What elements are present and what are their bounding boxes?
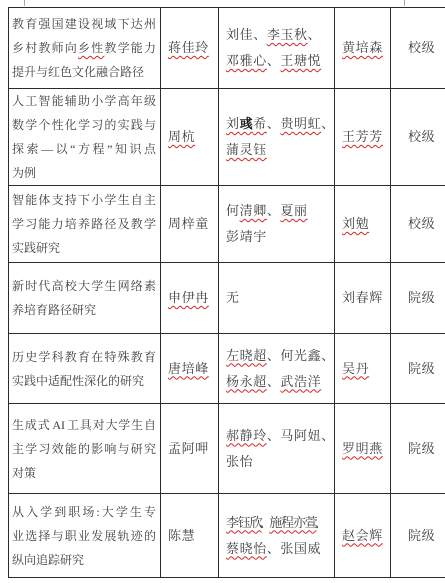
text-run: 历史学科教育在特殊教育 bbox=[12, 350, 156, 364]
text-run: 教学能力 bbox=[104, 41, 156, 55]
text-run: 刘春辉 bbox=[342, 290, 383, 305]
text-run: 教育强国建设视域下达州 bbox=[12, 17, 156, 31]
advisor-cell: 刘春辉 bbox=[335, 263, 391, 334]
text-run: 学习能力培养路径及教学 bbox=[12, 217, 156, 231]
text-line: 申伊冉 bbox=[168, 285, 218, 311]
text-line: 探索—以“方程”知识点 bbox=[12, 137, 156, 161]
text-line: 对策 bbox=[12, 461, 156, 485]
text-run: 、 bbox=[267, 541, 281, 556]
advisor-cell: 罗明燕 bbox=[335, 404, 391, 494]
members-cell: 无 bbox=[219, 263, 335, 334]
table-row: 生成式 AI 工具对大学生自主学习效能的影响与研究对策孟阿呷郝静玲、马阿妞、张怡… bbox=[9, 404, 445, 494]
text-run: 何 bbox=[226, 203, 240, 218]
misspelled-text: 贵明虹 bbox=[280, 116, 321, 131]
text-run: 、 bbox=[267, 428, 281, 443]
table-row: 教育强国建设视域下达州乡村教师向乡性教学能力提升与红色文化融合路径蒋佳玲刘佳、李… bbox=[9, 8, 445, 89]
text-run: 智能体支持下小学生自主 bbox=[12, 193, 156, 207]
misspelled-text: 刘勉 bbox=[342, 216, 369, 231]
text-line: 陈慧 bbox=[168, 523, 218, 549]
projects-table: 教育强国建设视域下达州乡村教师向乡性教学能力提升与红色文化融合路径蒋佳玲刘佳、李… bbox=[8, 7, 445, 578]
text-line: 刘春辉 bbox=[342, 285, 390, 311]
text-line: 赵会辉 bbox=[342, 523, 390, 549]
text-line: 蒋佳玲 bbox=[168, 35, 218, 61]
text-line: 学习能力培养路径及教学 bbox=[12, 212, 156, 236]
text-run: 刘佳 bbox=[226, 27, 253, 42]
misspelled-text: 王芳芳 bbox=[342, 129, 383, 144]
misspelled-text: 施程亦萱 bbox=[269, 515, 316, 530]
misspelled-text: 清卿 bbox=[240, 203, 267, 218]
advisor-cell: 黄培森 bbox=[335, 8, 391, 89]
misspelled-text: 左晓超 bbox=[226, 348, 267, 363]
text-run: 院级 bbox=[408, 290, 435, 305]
text-line: 院级 bbox=[408, 356, 445, 382]
text-line: 从入学到职场:大学生专 bbox=[12, 500, 156, 524]
text-line: 院级 bbox=[408, 285, 445, 311]
level-cell: 院级 bbox=[391, 334, 445, 404]
members-cell: 郝静玲、马阿妞、张怡 bbox=[219, 404, 335, 494]
misspelled-text: 罗明燕 bbox=[342, 441, 383, 456]
title-cell: 智能体支持下小学生自主学习能力培养路径及教学实践研究 bbox=[9, 186, 161, 263]
text-line: 李钰欣、施程亦萱、 bbox=[226, 510, 334, 536]
text-line: 校级 bbox=[408, 35, 445, 61]
text-run: 、 bbox=[267, 53, 281, 68]
text-run: 业选择与职业发展轨迹的 bbox=[12, 529, 156, 543]
text-run: 、 bbox=[267, 374, 281, 389]
text-line: 周杭 bbox=[168, 124, 218, 150]
text-line: 郝静玲、马阿妞、 bbox=[226, 423, 334, 449]
text-run: 对策 bbox=[12, 466, 36, 480]
misspelled-text: 乡性 bbox=[78, 41, 104, 55]
text-line: 业选择与职业发展轨迹的 bbox=[12, 524, 156, 548]
text-line: 主学习效能的影响与研究 bbox=[12, 437, 156, 461]
text-line: 刘佳、李玉秋、 bbox=[226, 22, 334, 48]
text-run: 、 bbox=[253, 27, 267, 42]
text-line: 刘彧希、贵明虹、 bbox=[226, 111, 334, 137]
text-run: 人工智能辅助小学高年级 bbox=[12, 94, 156, 108]
text-line: 周梓童 bbox=[168, 211, 218, 237]
text-line: 人工智能辅助小学高年级 bbox=[12, 89, 156, 113]
text-line: 孟阿呷 bbox=[168, 436, 218, 462]
members-cell: 刘佳、李玉秋、邓雅心、王瑭悦 bbox=[219, 8, 335, 89]
leader-cell: 唐培峰 bbox=[161, 334, 219, 404]
document-page: 教育强国建设视域下达州乡村教师向乡性教学能力提升与红色文化融合路径蒋佳玲刘佳、李… bbox=[0, 0, 445, 583]
text-run: 校级 bbox=[408, 216, 435, 231]
text-run: 周梓童 bbox=[168, 216, 209, 231]
text-run: 生成式 AI 工具对大学生自 bbox=[12, 418, 156, 432]
text-run: 、 bbox=[321, 116, 335, 131]
text-line: 新时代高校大学生网络素 bbox=[12, 274, 156, 298]
text-run: 院级 bbox=[408, 441, 435, 456]
level-cell: 院级 bbox=[391, 494, 445, 578]
text-run: 张怡 bbox=[226, 454, 253, 469]
misspelled-text: 武浩洋 bbox=[280, 374, 321, 389]
misspelled-text: 李玉秋 bbox=[267, 27, 308, 42]
text-run: 主学习效能的影响与研究 bbox=[12, 442, 156, 456]
misspelled-text: 周杭 bbox=[168, 129, 195, 144]
text-run: 张国威 bbox=[280, 541, 321, 556]
advisor-cell: 赵会辉 bbox=[335, 494, 391, 578]
misspelled-text: 刘 bbox=[226, 116, 240, 131]
level-cell: 校级 bbox=[391, 8, 445, 89]
misspelled-text: 蒲灵钰 bbox=[226, 142, 267, 157]
members-cell: 左晓超、何光鑫、杨永超、武浩洋 bbox=[219, 334, 335, 404]
text-run: 探索—以“方程”知识点 bbox=[12, 142, 156, 156]
members-cell: 李钰欣、施程亦萱、蔡晓怡、张国威 bbox=[219, 494, 335, 578]
text-run: 、 bbox=[308, 27, 322, 42]
text-line: 校级 bbox=[408, 211, 445, 237]
text-run: 纵向追踪研究 bbox=[12, 553, 84, 567]
title-cell: 历史学科教育在特殊教育实践中适配性深化的研究 bbox=[9, 334, 161, 404]
text-run: 从入学到职场:大学生专 bbox=[12, 505, 156, 519]
advisor-cell: 吴丹 bbox=[335, 334, 391, 404]
table-remnant-tick-left bbox=[24, 0, 25, 6]
table-row: 智能体支持下小学生自主学习能力培养路径及教学实践研究周梓童何清卿、夏丽彭靖宇刘勉… bbox=[9, 186, 445, 263]
title-cell: 从入学到职场:大学生专业选择与职业发展轨迹的纵向追踪研究 bbox=[9, 494, 161, 578]
text-line: 实践中适配性深化的研究 bbox=[12, 369, 156, 393]
text-line: 罗明燕 bbox=[342, 436, 390, 462]
leader-cell: 周杭 bbox=[161, 89, 219, 186]
misspelled-text: 杨永超 bbox=[226, 374, 267, 389]
text-line: 养培育路径研究 bbox=[12, 298, 156, 322]
text-run: 、 bbox=[267, 116, 281, 131]
misspelled-text: 蒋佳玲 bbox=[168, 40, 209, 55]
text-run: 乡村教师向 bbox=[12, 41, 78, 55]
members-cell: 何清卿、夏丽彭靖宇 bbox=[219, 186, 335, 263]
text-line: 彭靖宇 bbox=[226, 224, 334, 250]
text-run: 数学个性化学习的实践与 bbox=[12, 118, 156, 132]
misspelled-text: 彧 bbox=[240, 116, 254, 131]
text-line: 左晓超、何光鑫、 bbox=[226, 343, 334, 369]
text-line: 刘勉 bbox=[342, 211, 390, 237]
text-line: 实践研究 bbox=[12, 236, 156, 260]
text-run: 院级 bbox=[408, 361, 435, 376]
text-line: 王芳芳 bbox=[342, 124, 390, 150]
text-run: 何光鑫 bbox=[280, 348, 321, 363]
title-cell: 教育强国建设视域下达州乡村教师向乡性教学能力提升与红色文化融合路径 bbox=[9, 8, 161, 89]
misspelled-text: 唐培峰 bbox=[168, 361, 209, 376]
text-line: 吴丹 bbox=[342, 356, 390, 382]
leader-cell: 孟阿呷 bbox=[161, 404, 219, 494]
text-run: 、 bbox=[267, 203, 281, 218]
leader-cell: 申伊冉 bbox=[161, 263, 219, 334]
leader-cell: 蒋佳玲 bbox=[161, 8, 219, 89]
text-line: 邓雅心、王瑭悦 bbox=[226, 48, 334, 74]
text-line: 张怡 bbox=[226, 449, 334, 475]
text-line: 院级 bbox=[408, 523, 445, 549]
text-line: 教育强国建设视域下达州 bbox=[12, 12, 156, 36]
table-row: 新时代高校大学生网络素养培育路径研究申伊冉无刘春辉院级 bbox=[9, 263, 445, 334]
text-line: 为例 bbox=[12, 161, 156, 185]
text-line: 数学个性化学习的实践与 bbox=[12, 113, 156, 137]
misspelled-text: 吴丹 bbox=[342, 361, 369, 376]
misspelled-text: 赵会辉 bbox=[342, 528, 383, 543]
misspelled-text: 希 bbox=[253, 116, 267, 131]
text-run: 校级 bbox=[408, 129, 435, 144]
advisor-cell: 刘勉 bbox=[335, 186, 391, 263]
text-run: 院级 bbox=[408, 528, 435, 543]
text-run: 提升与红色文化融合路径 bbox=[12, 65, 144, 79]
text-line: 历史学科教育在特殊教育 bbox=[12, 345, 156, 369]
title-cell: 新时代高校大学生网络素养培育路径研究 bbox=[9, 263, 161, 334]
text-run: 、 bbox=[314, 515, 326, 530]
text-line: 提升与红色文化融合路径 bbox=[12, 60, 156, 84]
text-line: 乡村教师向乡性教学能力 bbox=[12, 36, 156, 60]
misspelled-text: 黄培森 bbox=[342, 40, 383, 55]
misspelled-text: 邓雅心 bbox=[226, 53, 267, 68]
text-run: 实践中适配性深化的研究 bbox=[12, 374, 144, 388]
text-line: 杨永超、武浩洋 bbox=[226, 369, 334, 395]
title-cell: 人工智能辅助小学高年级数学个性化学习的实践与探索—以“方程”知识点为例 bbox=[9, 89, 161, 186]
text-run: 、 bbox=[267, 348, 281, 363]
level-cell: 校级 bbox=[391, 186, 445, 263]
misspelled-text: 李钰欣 bbox=[226, 515, 261, 530]
text-line: 蒲灵钰 bbox=[226, 137, 334, 163]
members-cell: 刘彧希、贵明虹、蒲灵钰 bbox=[219, 89, 335, 186]
text-line: 生成式 AI 工具对大学生自 bbox=[12, 413, 156, 437]
text-run: 孟阿呷 bbox=[168, 441, 209, 456]
title-cell: 生成式 AI 工具对大学生自主学习效能的影响与研究对策 bbox=[9, 404, 161, 494]
text-run: 养培育路径研究 bbox=[12, 303, 96, 317]
text-run: 校级 bbox=[408, 40, 435, 55]
text-line: 唐培峰 bbox=[168, 356, 218, 382]
table-row: 从入学到职场:大学生专业选择与职业发展轨迹的纵向追踪研究陈慧李钰欣、施程亦萱、蔡… bbox=[9, 494, 445, 578]
leader-cell: 周梓童 bbox=[161, 186, 219, 263]
text-run: 彭靖宇 bbox=[226, 229, 267, 244]
text-run: 新时代高校大学生网络素 bbox=[12, 279, 156, 293]
table-row: 历史学科教育在特殊教育实践中适配性深化的研究唐培峰左晓超、何光鑫、杨永超、武浩洋… bbox=[9, 334, 445, 404]
table-remnant-tick-right bbox=[404, 0, 405, 6]
text-line: 智能体支持下小学生自主 bbox=[12, 188, 156, 212]
text-line: 院级 bbox=[408, 436, 445, 462]
level-cell: 校级 bbox=[391, 89, 445, 186]
text-run: 为例 bbox=[12, 166, 36, 180]
table-row: 人工智能辅助小学高年级数学个性化学习的实践与探索—以“方程”知识点为例周杭刘彧希… bbox=[9, 89, 445, 186]
text-line: 何清卿、夏丽 bbox=[226, 198, 334, 224]
text-run: 马阿妞 bbox=[280, 428, 321, 443]
level-cell: 院级 bbox=[391, 263, 445, 334]
misspelled-text: 蔡晓怡 bbox=[226, 541, 267, 556]
text-line: 纵向追踪研究 bbox=[12, 548, 156, 572]
misspelled-text: 王瑭悦 bbox=[280, 53, 321, 68]
misspelled-text: 申伊冉 bbox=[168, 290, 209, 305]
text-line: 校级 bbox=[408, 124, 445, 150]
text-run: 、 bbox=[321, 428, 335, 443]
misspelled-text: 郝静玲 bbox=[226, 428, 267, 443]
misspelled-text: 夏丽 bbox=[280, 203, 307, 218]
advisor-cell: 王芳芳 bbox=[335, 89, 391, 186]
leader-cell: 陈慧 bbox=[161, 494, 219, 578]
text-run: 无 bbox=[226, 290, 240, 305]
level-cell: 院级 bbox=[391, 404, 445, 494]
text-line: 黄培森 bbox=[342, 35, 390, 61]
text-run: 陈慧 bbox=[168, 528, 195, 543]
text-line: 蔡晓怡、张国威 bbox=[226, 536, 334, 562]
text-run: 实践研究 bbox=[12, 241, 60, 255]
text-line: 无 bbox=[226, 285, 334, 311]
text-run: 、 bbox=[321, 348, 335, 363]
